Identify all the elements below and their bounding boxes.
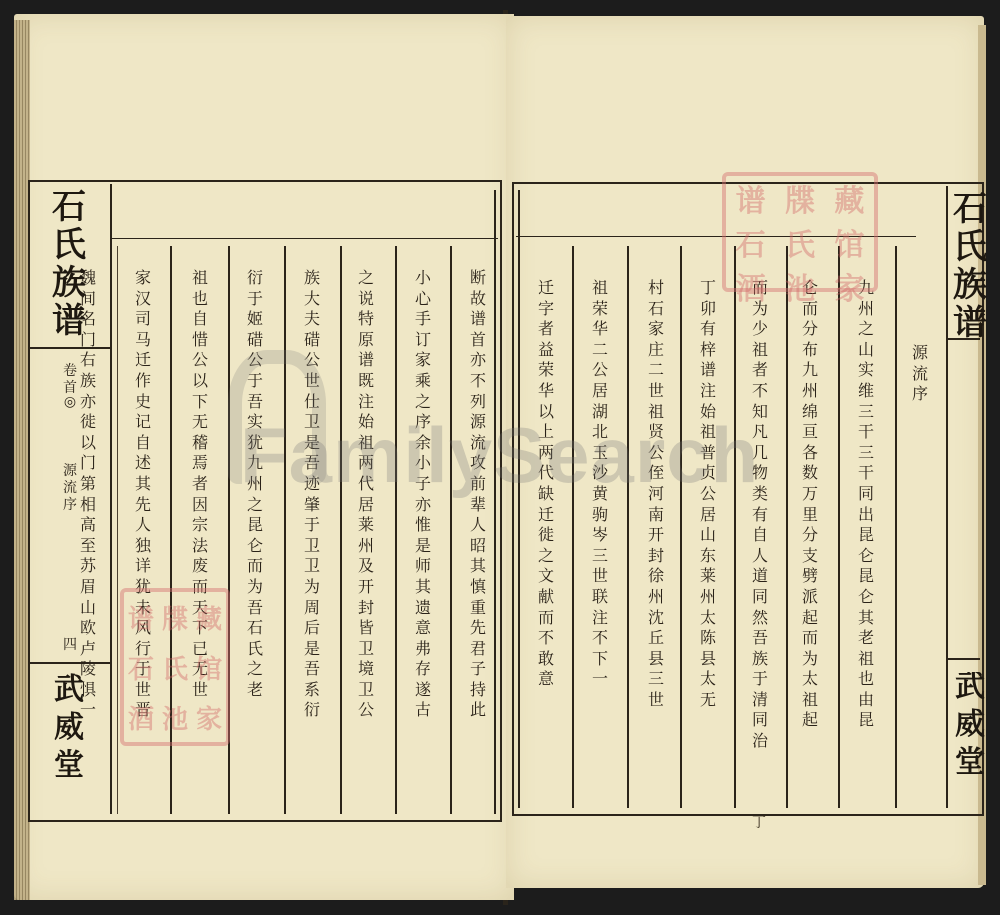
seal-char: 谱 [736, 176, 766, 220]
text-char: 迁 [135, 352, 151, 373]
text-char: 州 [700, 589, 716, 610]
text-char: 祖 [858, 651, 874, 672]
text-char: 惟 [415, 517, 431, 538]
text-char: 汉 [135, 291, 151, 312]
text-char: 第 [80, 476, 96, 497]
text-char: 小 [415, 270, 431, 291]
text-char: 徐 [648, 568, 664, 589]
text-char: 太 [700, 610, 716, 631]
text-char: 高 [80, 517, 96, 538]
seal-char: 家 [834, 264, 864, 308]
text-char: 不 [538, 630, 554, 651]
text-char: 族 [304, 270, 320, 291]
col-divider [680, 246, 682, 808]
seal-char: 池 [162, 699, 188, 736]
seal-char: 藏 [196, 599, 222, 636]
text-char: 至 [80, 538, 96, 559]
text-char: 谱 [358, 352, 374, 373]
text-char: 其 [135, 476, 151, 497]
text-char: 而 [247, 558, 263, 579]
text-char: 干 [858, 424, 874, 445]
text-char: 开 [648, 527, 664, 548]
left-header-line [112, 238, 498, 239]
text-char: 其 [858, 610, 874, 631]
text-char: 吾 [304, 661, 320, 682]
text-char: 封 [358, 600, 374, 621]
text-char: 公 [592, 362, 608, 383]
seal-char: 酒 [128, 699, 154, 736]
text-char: 无 [192, 414, 208, 435]
text-char: 仑 [247, 538, 263, 559]
text-char: 祖 [192, 270, 208, 291]
text-char: 述 [135, 455, 151, 476]
text-char: 居 [592, 383, 608, 404]
text-char: 谱 [700, 362, 716, 383]
text-char: 一 [592, 671, 608, 692]
text-char: 既 [358, 373, 374, 394]
text-char: 门 [80, 332, 96, 353]
text-char: 荣 [592, 301, 608, 322]
text-char: 名 [80, 311, 96, 332]
text-char: 居 [700, 507, 716, 528]
text-char: 皆 [358, 620, 374, 641]
col-divider [838, 246, 840, 808]
col-divider [395, 246, 397, 814]
text-char: 派 [802, 589, 818, 610]
seal-char: 石 [128, 649, 154, 686]
text-char: 持 [470, 682, 486, 703]
text-char: 劈 [802, 568, 818, 589]
text-char: 自 [192, 311, 208, 332]
text-char: 祖 [592, 280, 608, 301]
text-char: 家 [648, 321, 664, 342]
text-char: 君 [470, 641, 486, 662]
text-char: 下 [192, 394, 208, 415]
text-char: 眉 [80, 579, 96, 600]
text-char: 衍 [304, 702, 320, 723]
text-char: 法 [192, 538, 208, 559]
text-char: 惧 [80, 682, 96, 703]
text-char: 二 [592, 342, 608, 363]
text-char: 相 [80, 497, 96, 518]
text-char: 数 [802, 465, 818, 486]
col-divider [117, 246, 118, 814]
text-char: 治 [752, 733, 768, 754]
text-char: 原 [358, 332, 374, 353]
text-char: 自 [135, 435, 151, 456]
text-char: 山 [700, 527, 716, 548]
text-char: 惜 [192, 332, 208, 353]
seal-char: 酒 [736, 264, 766, 308]
text-char: 由 [858, 692, 874, 713]
seal-char: 馆 [196, 649, 222, 686]
text-char: 字 [538, 301, 554, 322]
text-char: 后 [304, 620, 320, 641]
text-char: 公 [192, 352, 208, 373]
col-divider [734, 246, 736, 808]
text-char: 衍 [247, 270, 263, 291]
text-char: 迁 [538, 507, 554, 528]
text-char: 实 [858, 362, 874, 383]
col-divider [284, 246, 286, 814]
text-char: 出 [858, 507, 874, 528]
text-char: 碏 [304, 332, 320, 353]
text-char: 丁 [700, 280, 716, 301]
text-column: 而为少祖者不知凡几物类有自人道同然吾族于清同治 [748, 280, 772, 754]
right-margin-divider [946, 186, 948, 808]
text-char: 清 [752, 692, 768, 713]
text-char: 干 [858, 465, 874, 486]
text-char: 不 [592, 630, 608, 651]
text-char: 九 [802, 362, 818, 383]
text-char: 人 [752, 548, 768, 569]
seal-char: 家 [196, 699, 222, 736]
text-char: 废 [192, 558, 208, 579]
text-char: 仑 [858, 589, 874, 610]
text-char: 意 [415, 620, 431, 641]
seal-char: 氏 [785, 220, 815, 264]
text-char: 徙 [538, 527, 554, 548]
text-char: 焉 [192, 455, 208, 476]
text-char: 亦 [80, 394, 96, 415]
text-char: 其 [415, 579, 431, 600]
text-char: 自 [752, 527, 768, 548]
text-char: 县 [648, 651, 664, 672]
text-char: 故 [470, 291, 486, 312]
text-char: 右 [80, 352, 96, 373]
text-char: 开 [358, 579, 374, 600]
text-char: 苏 [80, 558, 96, 579]
text-char: 司 [135, 311, 151, 332]
text-char: 同 [858, 486, 874, 507]
text-char: 及 [358, 558, 374, 579]
text-char: 之 [247, 661, 263, 682]
text-char: 也 [858, 671, 874, 692]
text-char: 太 [700, 671, 716, 692]
text-char: 老 [858, 630, 874, 651]
text-char: 梓 [700, 342, 716, 363]
text-char: 州 [358, 538, 374, 559]
text-char: 先 [135, 497, 151, 518]
text-char: 同 [752, 712, 768, 733]
text-char: 于 [752, 671, 768, 692]
text-char: 魏 [80, 270, 96, 291]
text-char: 绵 [802, 404, 818, 425]
text-char: 断 [470, 270, 486, 291]
text-char: 献 [538, 589, 554, 610]
text-char: 间 [80, 291, 96, 312]
text-char: 而 [538, 610, 554, 631]
text-char: 华 [592, 321, 608, 342]
text-char: 分 [802, 527, 818, 548]
text-char: 者 [192, 476, 208, 497]
text-char: 于 [247, 291, 263, 312]
text-char: 卯 [700, 301, 716, 322]
text-char: 昆 [858, 568, 874, 589]
text-char: 分 [802, 321, 818, 342]
text-char: 者 [752, 362, 768, 383]
text-char: 起 [802, 712, 818, 733]
text-char: 之 [358, 270, 374, 291]
red-seal-stamp: 谱牒藏石氏馆酒池家 [722, 172, 878, 292]
text-char: 家 [415, 352, 431, 373]
right-margin-line-2 [948, 658, 980, 660]
text-char: 三 [858, 404, 874, 425]
text-char: 门 [80, 455, 96, 476]
text-char: 之 [538, 548, 554, 569]
text-char: 昆 [858, 527, 874, 548]
text-char: 注 [700, 383, 716, 404]
seal-char: 池 [785, 264, 815, 308]
text-char: 昆 [247, 517, 263, 538]
text-char: 子 [470, 661, 486, 682]
text-char: 支 [802, 548, 818, 569]
text-char: 三 [592, 548, 608, 569]
text-char: 以 [192, 373, 208, 394]
text-char: 也 [192, 291, 208, 312]
text-char: 万 [802, 486, 818, 507]
text-char: 山 [80, 600, 96, 621]
text-char: 有 [752, 507, 768, 528]
text-char: 华 [538, 383, 554, 404]
seal-char: 石 [736, 220, 766, 264]
text-char: 少 [752, 321, 768, 342]
text-char: 封 [648, 548, 664, 569]
text-char: 详 [135, 558, 151, 579]
text-char: 是 [415, 538, 431, 559]
text-char: 是 [304, 641, 320, 662]
text-char: 者 [538, 321, 554, 342]
text-char: 手 [415, 311, 431, 332]
text-char: 不 [752, 383, 768, 404]
text-char: 记 [135, 414, 151, 435]
text-char: 吾 [752, 630, 768, 651]
text-char: 于 [304, 517, 320, 538]
col-divider [786, 246, 788, 808]
text-char: 人 [135, 517, 151, 538]
text-char: 迁 [538, 280, 554, 301]
text-char: 县 [700, 651, 716, 672]
text-char: 州 [802, 383, 818, 404]
col-divider [340, 246, 342, 814]
text-char: 维 [858, 383, 874, 404]
text-char: 州 [648, 589, 664, 610]
text-char: 益 [538, 342, 554, 363]
text-char: 弗 [415, 641, 431, 662]
text-char: 亦 [470, 352, 486, 373]
text-char: 注 [592, 610, 608, 631]
text-char: 因 [192, 497, 208, 518]
text-char: 遗 [415, 600, 431, 621]
text-char: 姬 [247, 311, 263, 332]
left-margin-divider [110, 184, 112, 814]
text-char: 特 [358, 311, 374, 332]
text-char: 三 [858, 445, 874, 466]
watermark: FamilySearch [240, 410, 759, 501]
text-char: 二 [648, 362, 664, 383]
text-char: 陵 [80, 661, 96, 682]
text-char: 太 [802, 671, 818, 692]
text-char: 卢 [80, 641, 96, 662]
text-char: 不 [470, 373, 486, 394]
text-char: 以 [80, 435, 96, 456]
text-char: 联 [592, 589, 608, 610]
text-char: 沈 [648, 610, 664, 631]
text-char: 然 [752, 610, 768, 631]
text-char: 订 [415, 332, 431, 353]
text-char: 而 [802, 630, 818, 651]
text-char: 氏 [247, 641, 263, 662]
seal-char: 牒 [162, 599, 188, 636]
text-char: 庄 [648, 342, 664, 363]
col-divider [450, 246, 452, 814]
col-divider [494, 190, 496, 814]
text-char: 系 [304, 682, 320, 703]
text-char: 境 [358, 661, 374, 682]
text-char: 史 [135, 394, 151, 415]
text-char: 为 [247, 579, 263, 600]
text-char: 昭 [470, 538, 486, 559]
text-char: 说 [358, 291, 374, 312]
text-char: 莱 [700, 568, 716, 589]
text-char: 周 [304, 600, 320, 621]
text-char: 先 [470, 620, 486, 641]
text-char: 祖 [802, 692, 818, 713]
text-char: 作 [135, 373, 151, 394]
text-char: 卫 [358, 641, 374, 662]
text-char: 卫 [304, 558, 320, 579]
text-char: 三 [648, 671, 664, 692]
text-char: 大 [304, 291, 320, 312]
text-char: 道 [752, 568, 768, 589]
text-char: 重 [470, 600, 486, 621]
text-char: 岑 [592, 527, 608, 548]
col-divider [895, 246, 897, 808]
text-char: 此 [470, 702, 486, 723]
text-char: 之 [858, 321, 874, 342]
text-char: 卫 [304, 538, 320, 559]
text-char: 老 [247, 682, 263, 703]
text-char: 布 [802, 342, 818, 363]
text-char: 欧 [80, 620, 96, 641]
text-char: 慎 [470, 579, 486, 600]
text-char: 山 [858, 342, 874, 363]
text-char: 世 [648, 383, 664, 404]
seal-char: 氏 [162, 649, 188, 686]
text-char: 独 [135, 538, 151, 559]
text-char: 村 [648, 280, 664, 301]
text-char: 存 [415, 661, 431, 682]
section-heading: 源 流 序 [908, 345, 932, 407]
text-char: 敢 [538, 651, 554, 672]
col-divider [572, 246, 574, 808]
text-char: 其 [470, 558, 486, 579]
text-char: 同 [752, 589, 768, 610]
text-char: 荣 [538, 362, 554, 383]
text-char: 莱 [358, 517, 374, 538]
text-char: 驹 [592, 507, 608, 528]
text-char: 石 [648, 301, 664, 322]
text-char: 族 [80, 373, 96, 394]
text-char: 宗 [192, 517, 208, 538]
text-char: 人 [470, 517, 486, 538]
seal-char: 藏 [834, 176, 864, 220]
text-char: 亘 [802, 424, 818, 445]
text-char: 下 [592, 651, 608, 672]
text-char: 公 [358, 702, 374, 723]
text-char: 乘 [415, 373, 431, 394]
text-char: 石 [247, 620, 263, 641]
text-char: 各 [802, 445, 818, 466]
text-char: 师 [415, 558, 431, 579]
text-char: 文 [538, 568, 554, 589]
text-char: 夫 [304, 311, 320, 332]
text-char: 马 [135, 332, 151, 353]
text-char: 卫 [358, 682, 374, 703]
footer-mark: 丁 [752, 812, 766, 832]
text-char: 世 [648, 692, 664, 713]
text-char: 昆 [858, 712, 874, 733]
text-column: 九州之山实维三干三干同出昆仑昆仑其老祖也由昆 [854, 280, 878, 733]
text-char: 陈 [700, 630, 716, 651]
text-char: 心 [415, 291, 431, 312]
text-char: 南 [648, 507, 664, 528]
text-char: 世 [592, 568, 608, 589]
text-char: 谱 [470, 311, 486, 332]
text-column: 仑而分布九州绵亘各数万里分支劈派起而为太祖起 [798, 280, 822, 733]
text-char: 碏 [247, 332, 263, 353]
text-char: 祖 [752, 342, 768, 363]
text-char: 起 [802, 610, 818, 631]
text-char: 族 [752, 651, 768, 672]
red-seal-stamp: 谱牒藏石氏馆酒池家 [120, 588, 230, 746]
col-divider [627, 246, 629, 808]
text-char: 有 [700, 321, 716, 342]
text-char: 仑 [858, 548, 874, 569]
text-char: 稽 [192, 435, 208, 456]
text-char: 里 [802, 507, 818, 528]
text-char: 意 [538, 671, 554, 692]
text-char: 首 [470, 332, 486, 353]
text-char: 吾 [247, 600, 263, 621]
text-column: 魏间名门右族亦徙以门第相高至苏眉山欧卢陵惧一 [76, 270, 100, 723]
text-char: 遂 [415, 682, 431, 703]
text-char: 家 [135, 270, 151, 291]
text-char: 为 [304, 579, 320, 600]
text-char: 无 [700, 692, 716, 713]
right-margin-title: 石 氏 族 谱 [950, 192, 990, 344]
text-char: 一 [80, 702, 96, 723]
seal-char: 牒 [785, 176, 815, 220]
seal-char: 谱 [128, 599, 154, 636]
seal-char: 馆 [834, 220, 864, 264]
text-char: 古 [415, 702, 431, 723]
text-char: 东 [700, 548, 716, 569]
text-char: 丘 [648, 630, 664, 651]
text-char: 为 [802, 651, 818, 672]
right-margin-hall: 武 威 堂 [950, 672, 990, 786]
text-char: 徙 [80, 414, 96, 435]
